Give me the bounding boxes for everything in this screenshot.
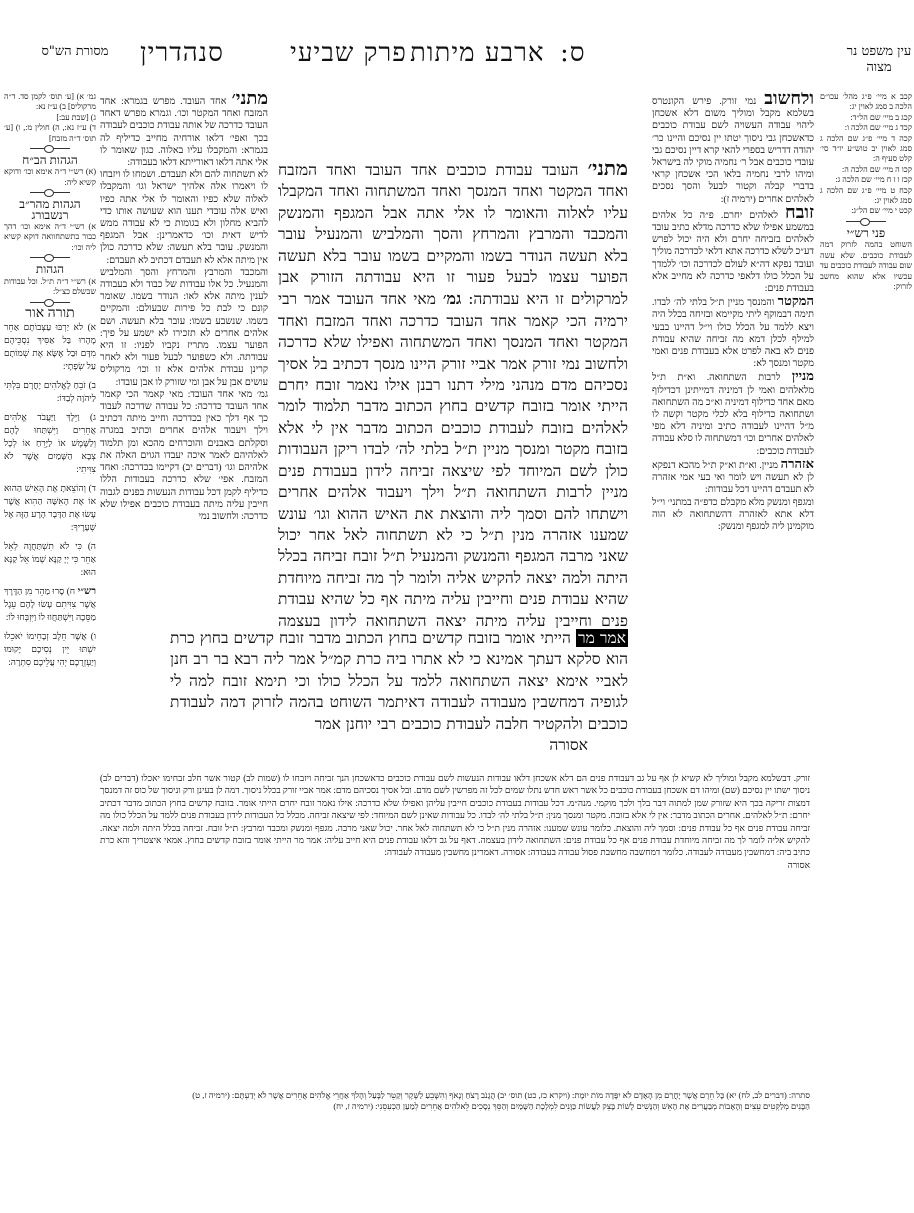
- footnotes: סתרה: (דברים לב, לח) יא) כָּל חֵרֶם אֲשֶ…: [100, 1090, 810, 1112]
- ein-mishpat-entry: קכג ב מיי׳ שם הל״ד:: [820, 113, 912, 123]
- commentary-text: גמ׳ מאי אחד העובד: מאי קאמר הכי קאמר אחד…: [100, 389, 268, 523]
- mishna-opening-word: מתני׳: [232, 92, 268, 108]
- ornament-divider: [30, 148, 70, 149]
- torah-or-title: תורה אור: [4, 309, 96, 319]
- hagahot-ranshburg-text: א) רש״י ד״ה אימא וכו׳ דהך כבור בתשתחוואה…: [4, 222, 96, 253]
- mishna-marker: מתני׳: [588, 158, 628, 180]
- rashi-opening-word: ולחשוב: [764, 92, 814, 108]
- mishna-text: העובד עבודת כוכבים אחד העובד ואחד המזבח …: [278, 161, 628, 308]
- rashi-dibur: זובח: [785, 202, 814, 222]
- tractate-title: סנהדרין: [140, 38, 224, 68]
- ein-mishpat-column: קכב א מיי׳ פ״ג מהל׳ עכו״ם הלכה ב סמג לאו…: [820, 92, 912, 352]
- rashi-dibur: המקטר: [778, 293, 814, 308]
- rashi-column: ולחשוב נמי זורק. פירש הקונטרס בשלמא מקבל…: [652, 92, 814, 652]
- highlighted-phrase[interactable]: אמר מר: [576, 629, 628, 647]
- hagahot-bach-text: (א) רש״י ד״ה אימא וכו׳ ודוקא קשיא ליה:: [4, 167, 96, 188]
- gemara-last-word: אסורה: [170, 735, 628, 756]
- rashi-text: לאלהים יחרם. פ״ה כל אלהים במשמע אפילו של…: [652, 210, 814, 294]
- ein-mishpat-entry: קכח ט מיי׳ פ״ג שם הלכה ג סמג לאוין יג:: [820, 186, 912, 207]
- gemara-text: מתני׳ העובד עבודת כוכבים אחד העובד ואחד …: [278, 158, 628, 628]
- talmud-page: עין משפט נר מצוה ס: ארבע מיתות פרק שביעי…: [0, 0, 914, 1213]
- rashi-bottom-last-word: אסורה: [100, 859, 810, 871]
- ornament-divider: [30, 192, 70, 193]
- hagahot-ranshburg-title: הגהות מהר״ב רנשבורג: [4, 199, 96, 220]
- torah-or-verse: ב) זֹבֵחַ לָאֱלֹהִים יָחֳרָם בִּלְתִּי ל…: [4, 379, 96, 405]
- chapter-title: ארבע מיתות: [410, 38, 544, 68]
- gemara-text-wide: אמר מר הייתי אומר בזובח קדשים בחוץ הכתוב…: [170, 628, 628, 768]
- masoret-entry: גמ׳ א) [ע׳ תוס׳ לקמן סד. ד״ה מרקוליס] ב)…: [4, 92, 96, 113]
- pnei-rashi-text: השוחט בהמה לזרוק דמה לעבודת כוכבים. שלא …: [820, 240, 912, 292]
- gemara-body: הייתי אומר בזובח קדשים בחוץ הכתוב מדבר ז…: [170, 629, 628, 733]
- masoret-hashas-title: מסורת הש"ס: [40, 44, 110, 60]
- footnote-line: סתרה: (דברים לב, לח) יא) כָּל חֵרֶם אֲשֶ…: [100, 1090, 810, 1101]
- rashi-bottom-text: זורק. דבשלמא מקבל ומוליך לא קשיא לן אף ע…: [100, 772, 810, 859]
- ein-mishpat-entry: קכה ד מיי׳ פ״ג שם הלכה ג סמג לאוין יב טו…: [820, 134, 912, 165]
- ein-mishpat-entry: קכט י מיי׳ שם הל״ג:: [820, 206, 912, 216]
- commentary-text: והמכבד והמרבץ והמרחץ והסך והמלביש והמנעי…: [100, 267, 268, 389]
- gemara-body: מאי אחד העובד אמר רבי ירמיה הכי קאמר אחד…: [278, 290, 628, 628]
- footnote-line: הַבָּנִים מְלַקְּטִים עֵצִים וְהָאָבוֹת …: [100, 1101, 810, 1112]
- rashi-dibur: מניין: [792, 368, 814, 383]
- masoret-entry: ד) ע״ז נא:, ה) חולין מ:, ו) [ע׳ תוס׳ ד״ה…: [4, 123, 96, 144]
- daf-number: ס:: [560, 38, 586, 68]
- masoret-entry: ג) [שבת עב:]: [4, 113, 96, 123]
- rashi-text: ומגפף ומנשק מלא מקבלם כדפ״ה במתני׳ וי״ל …: [652, 497, 814, 534]
- ein-mishpat-entry: קכד ג מיי׳ שם הלכה ו:: [820, 123, 912, 133]
- hagahot-text: א) רש״י ד״ה ת״ל. וכל עבודות שבשלם כצ״ל:: [4, 277, 96, 298]
- hagahot-title: הגהות: [4, 264, 96, 274]
- rashi-bottom: זורק. דבשלמא מקבל ומוליך לא קשיא לן אף ע…: [100, 772, 810, 1062]
- pnei-rashi-title: פני רש״י: [820, 228, 912, 238]
- ein-mishpat-entry: קכב א מיי׳ פ״ג מהל׳ עכו״ם הלכה ב סמג לאו…: [820, 92, 912, 113]
- rashi-dibur: אזהרה: [781, 456, 814, 471]
- ornament-divider: [30, 257, 70, 258]
- ein-mishpat-entry: קכו ה מיי׳ שם הלכה ה:: [820, 165, 912, 175]
- torah-or-verse: א) לא יַרְבּוּ עַצְּבוֹתָם אַחֵר מָהָרוּ…: [4, 321, 96, 373]
- ornament-divider: [30, 302, 70, 303]
- ein-mishpat-title: עין משפט נר מצוה: [844, 44, 914, 76]
- page-header: עין משפט נר מצוה ס: ארבע מיתות פרק שביעי…: [0, 36, 914, 84]
- masoret-hashas-column: גמ׳ א) [ע׳ תוס׳ לקמן סד. ד״ה מרקוליס] ב)…: [4, 92, 96, 1092]
- rashi-marker: רש״י: [78, 586, 96, 597]
- gemara-marker: גמ׳: [443, 289, 461, 308]
- torah-or-verse: ד) וְהוֹצֵאתָ אֶת הָאִישׁ הַהוּא אוֹ אֶת…: [4, 482, 96, 534]
- hagahot-bach-title: הגהות הב״ח: [4, 155, 96, 165]
- commentary-text: לא תשתחוה להם ולא תעבדם. ושמחו לו ויזבחו…: [100, 169, 268, 267]
- rashi-text: נמי זורק. פירש הקונטרס בשלמא מקבל ומוליך…: [652, 96, 814, 205]
- torah-or-verse: ו) אֲשֶׁר חֵלֶב זְבָחֵימוֹ יֹאכֵלוּ יִשְ…: [4, 630, 96, 669]
- perek-number: פרק שביעי: [290, 38, 407, 68]
- torah-or-verse: ג) וַיֵּלֶךְ וַיַּעֲבֹד אֱלֹהִים אֲחֵרִי…: [4, 411, 96, 476]
- ein-mishpat-entry: קכז ו ז ח מיי׳ שם הלכה ג:: [820, 175, 912, 185]
- torah-or-verse: ה) כִּי לֹא תִשְׁתַּחֲוֶה לְאֵל אַחֵר כִ…: [4, 540, 96, 579]
- rashi-text: לרבות השתחואה. וא״ת ת״ל מלאלהים ואמי לן …: [652, 372, 814, 456]
- ornament-divider: [846, 221, 886, 222]
